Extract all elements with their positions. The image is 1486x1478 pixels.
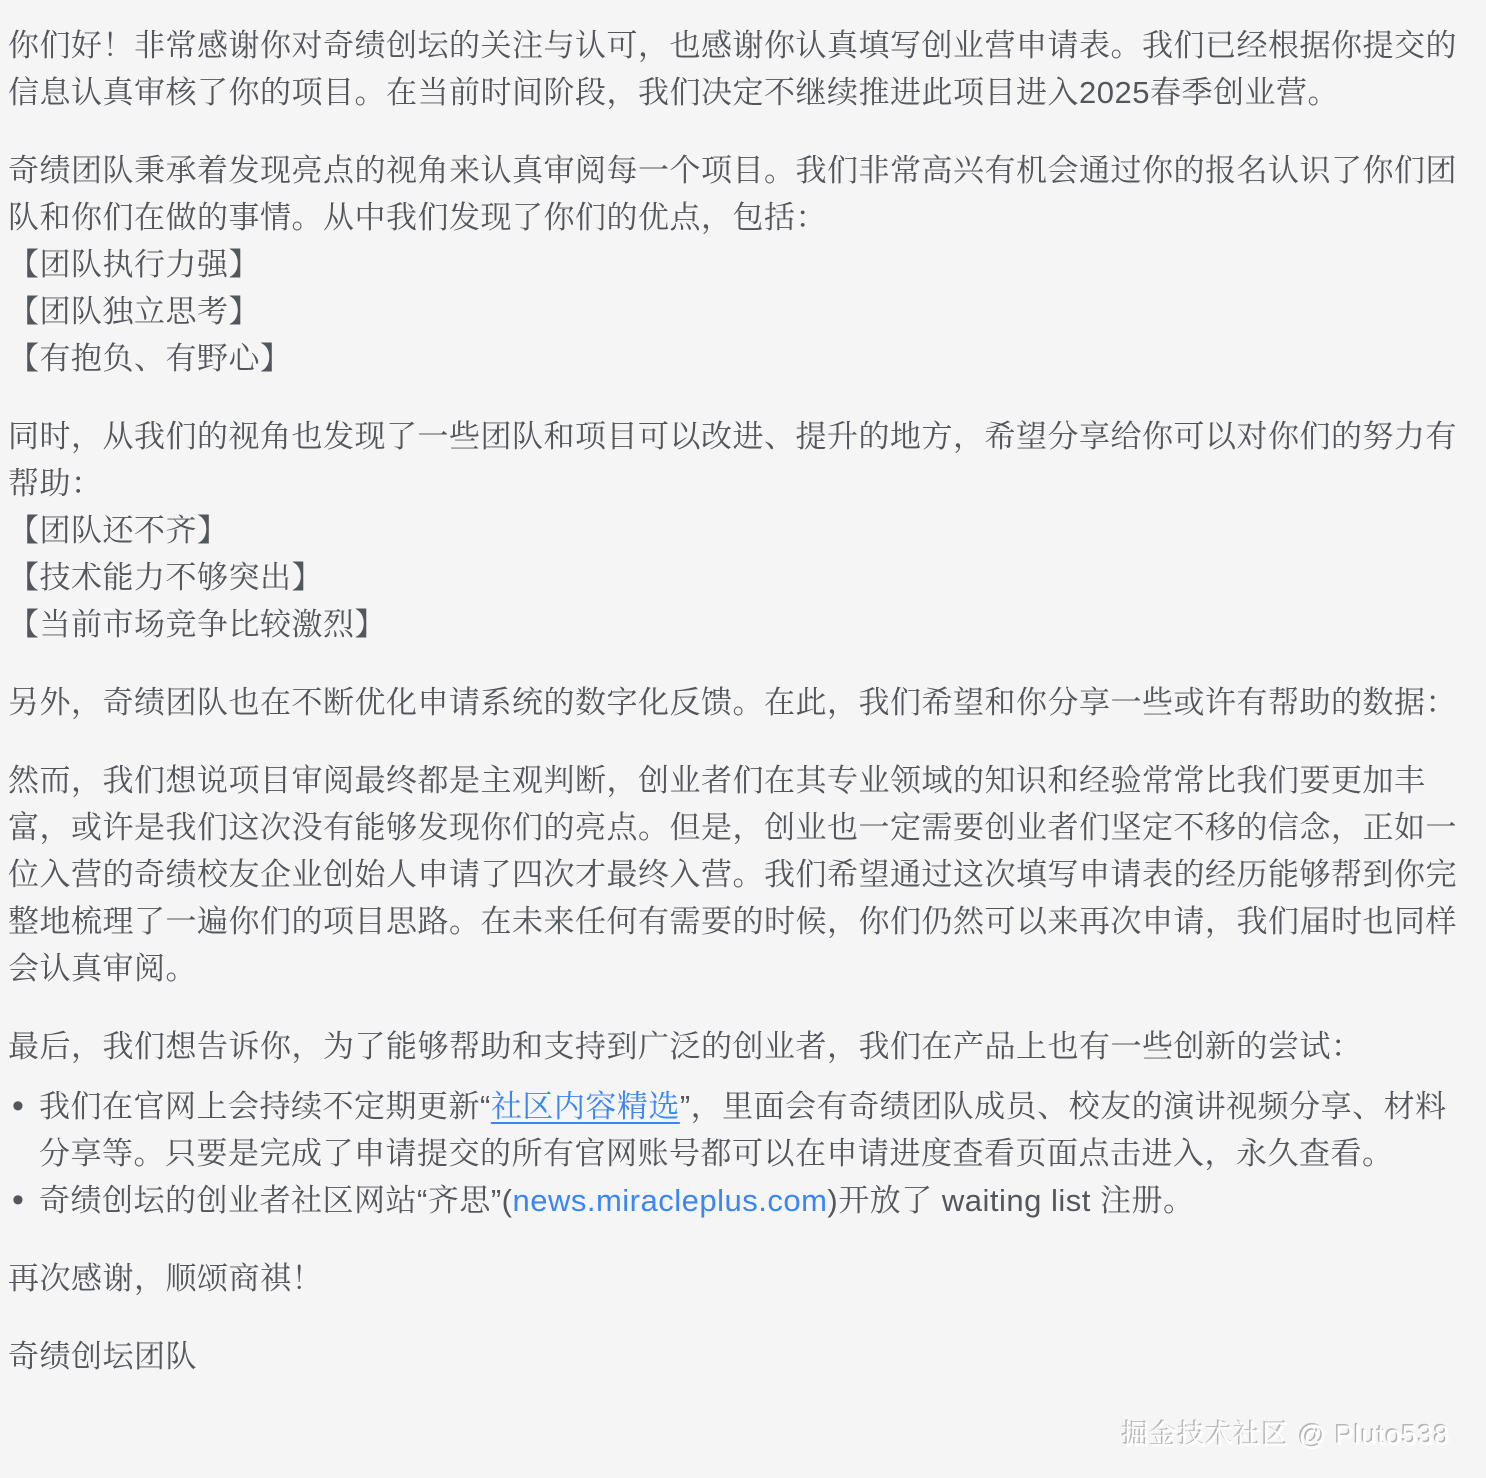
paragraph-products-intro: 最后，我们想告诉你，为了能够帮助和支持到广泛的创业者，我们在产品上也有一些创新的… <box>8 1023 1474 1070</box>
miracleplus-news-link[interactable]: news.miracleplus.com <box>512 1183 827 1218</box>
paragraph-encouragement: 然而，我们想说项目审阅最终都是主观判断，创业者们在其专业领域的知识和经验常常比我… <box>8 757 1474 992</box>
rejection-letter: 你们好！非常感谢你对奇绩创坛的关注与认可，也感谢你认真填写创业营申请表。我们已经… <box>0 0 1486 1380</box>
product-features-list: 我们在官网上会持续不定期更新“社区内容精选”，里面会有奇绩团队成员、校友的演讲视… <box>8 1083 1474 1224</box>
improvement-item: 【技术能力不够突出】 <box>8 554 1474 601</box>
improvement-item: 【团队还不齐】 <box>8 507 1474 554</box>
list-item-qisi-website: 奇绩创坛的创业者社区网站“齐思”(news.miracleplus.com)开放… <box>8 1177 1474 1224</box>
strength-item: 【团队执行力强】 <box>8 241 1474 288</box>
paragraph-closing: 再次感谢，顺颂商祺！ <box>8 1255 1474 1302</box>
paragraph-greeting: 你们好！非常感谢你对奇绩创坛的关注与认可，也感谢你认真填写创业营申请表。我们已经… <box>8 22 1474 116</box>
strength-item: 【有抱负、有野心】 <box>8 335 1474 382</box>
juejin-watermark: 掘金技术社区 @ Pluto538 <box>1122 1413 1450 1452</box>
paragraph-data-note: 另外，奇绩团队也在不断优化申请系统的数字化反馈。在此，我们希望和你分享一些或许有… <box>8 679 1474 726</box>
bullet2-text-before: 奇绩创坛的创业者社区网站“齐思”( <box>39 1183 512 1218</box>
list-item-community-content: 我们在官网上会持续不定期更新“社区内容精选”，里面会有奇绩团队成员、校友的演讲视… <box>8 1083 1474 1177</box>
strengths-list: 【团队执行力强】 【团队独立思考】 【有抱负、有野心】 <box>8 241 1474 382</box>
paragraph-strengths-intro: 奇绩团队秉承着发现亮点的视角来认真审阅每一个项目。我们非常高兴有机会通过你的报名… <box>8 147 1474 241</box>
bullet1-text-before: 我们在官网上会持续不定期更新“ <box>39 1089 491 1124</box>
community-content-link[interactable]: 社区内容精选 <box>491 1089 680 1124</box>
paragraph-improvements-intro: 同时，从我们的视角也发现了一些团队和项目可以改进、提升的地方，希望分享给你可以对… <box>8 413 1474 507</box>
improvements-list: 【团队还不齐】 【技术能力不够突出】 【当前市场竞争比较激烈】 <box>8 507 1474 648</box>
strength-item: 【团队独立思考】 <box>8 288 1474 335</box>
improvement-item: 【当前市场竞争比较激烈】 <box>8 601 1474 648</box>
signature: 奇绩创坛团队 <box>8 1333 1474 1380</box>
bullet2-text-after: )开放了 waiting list 注册。 <box>827 1183 1194 1218</box>
